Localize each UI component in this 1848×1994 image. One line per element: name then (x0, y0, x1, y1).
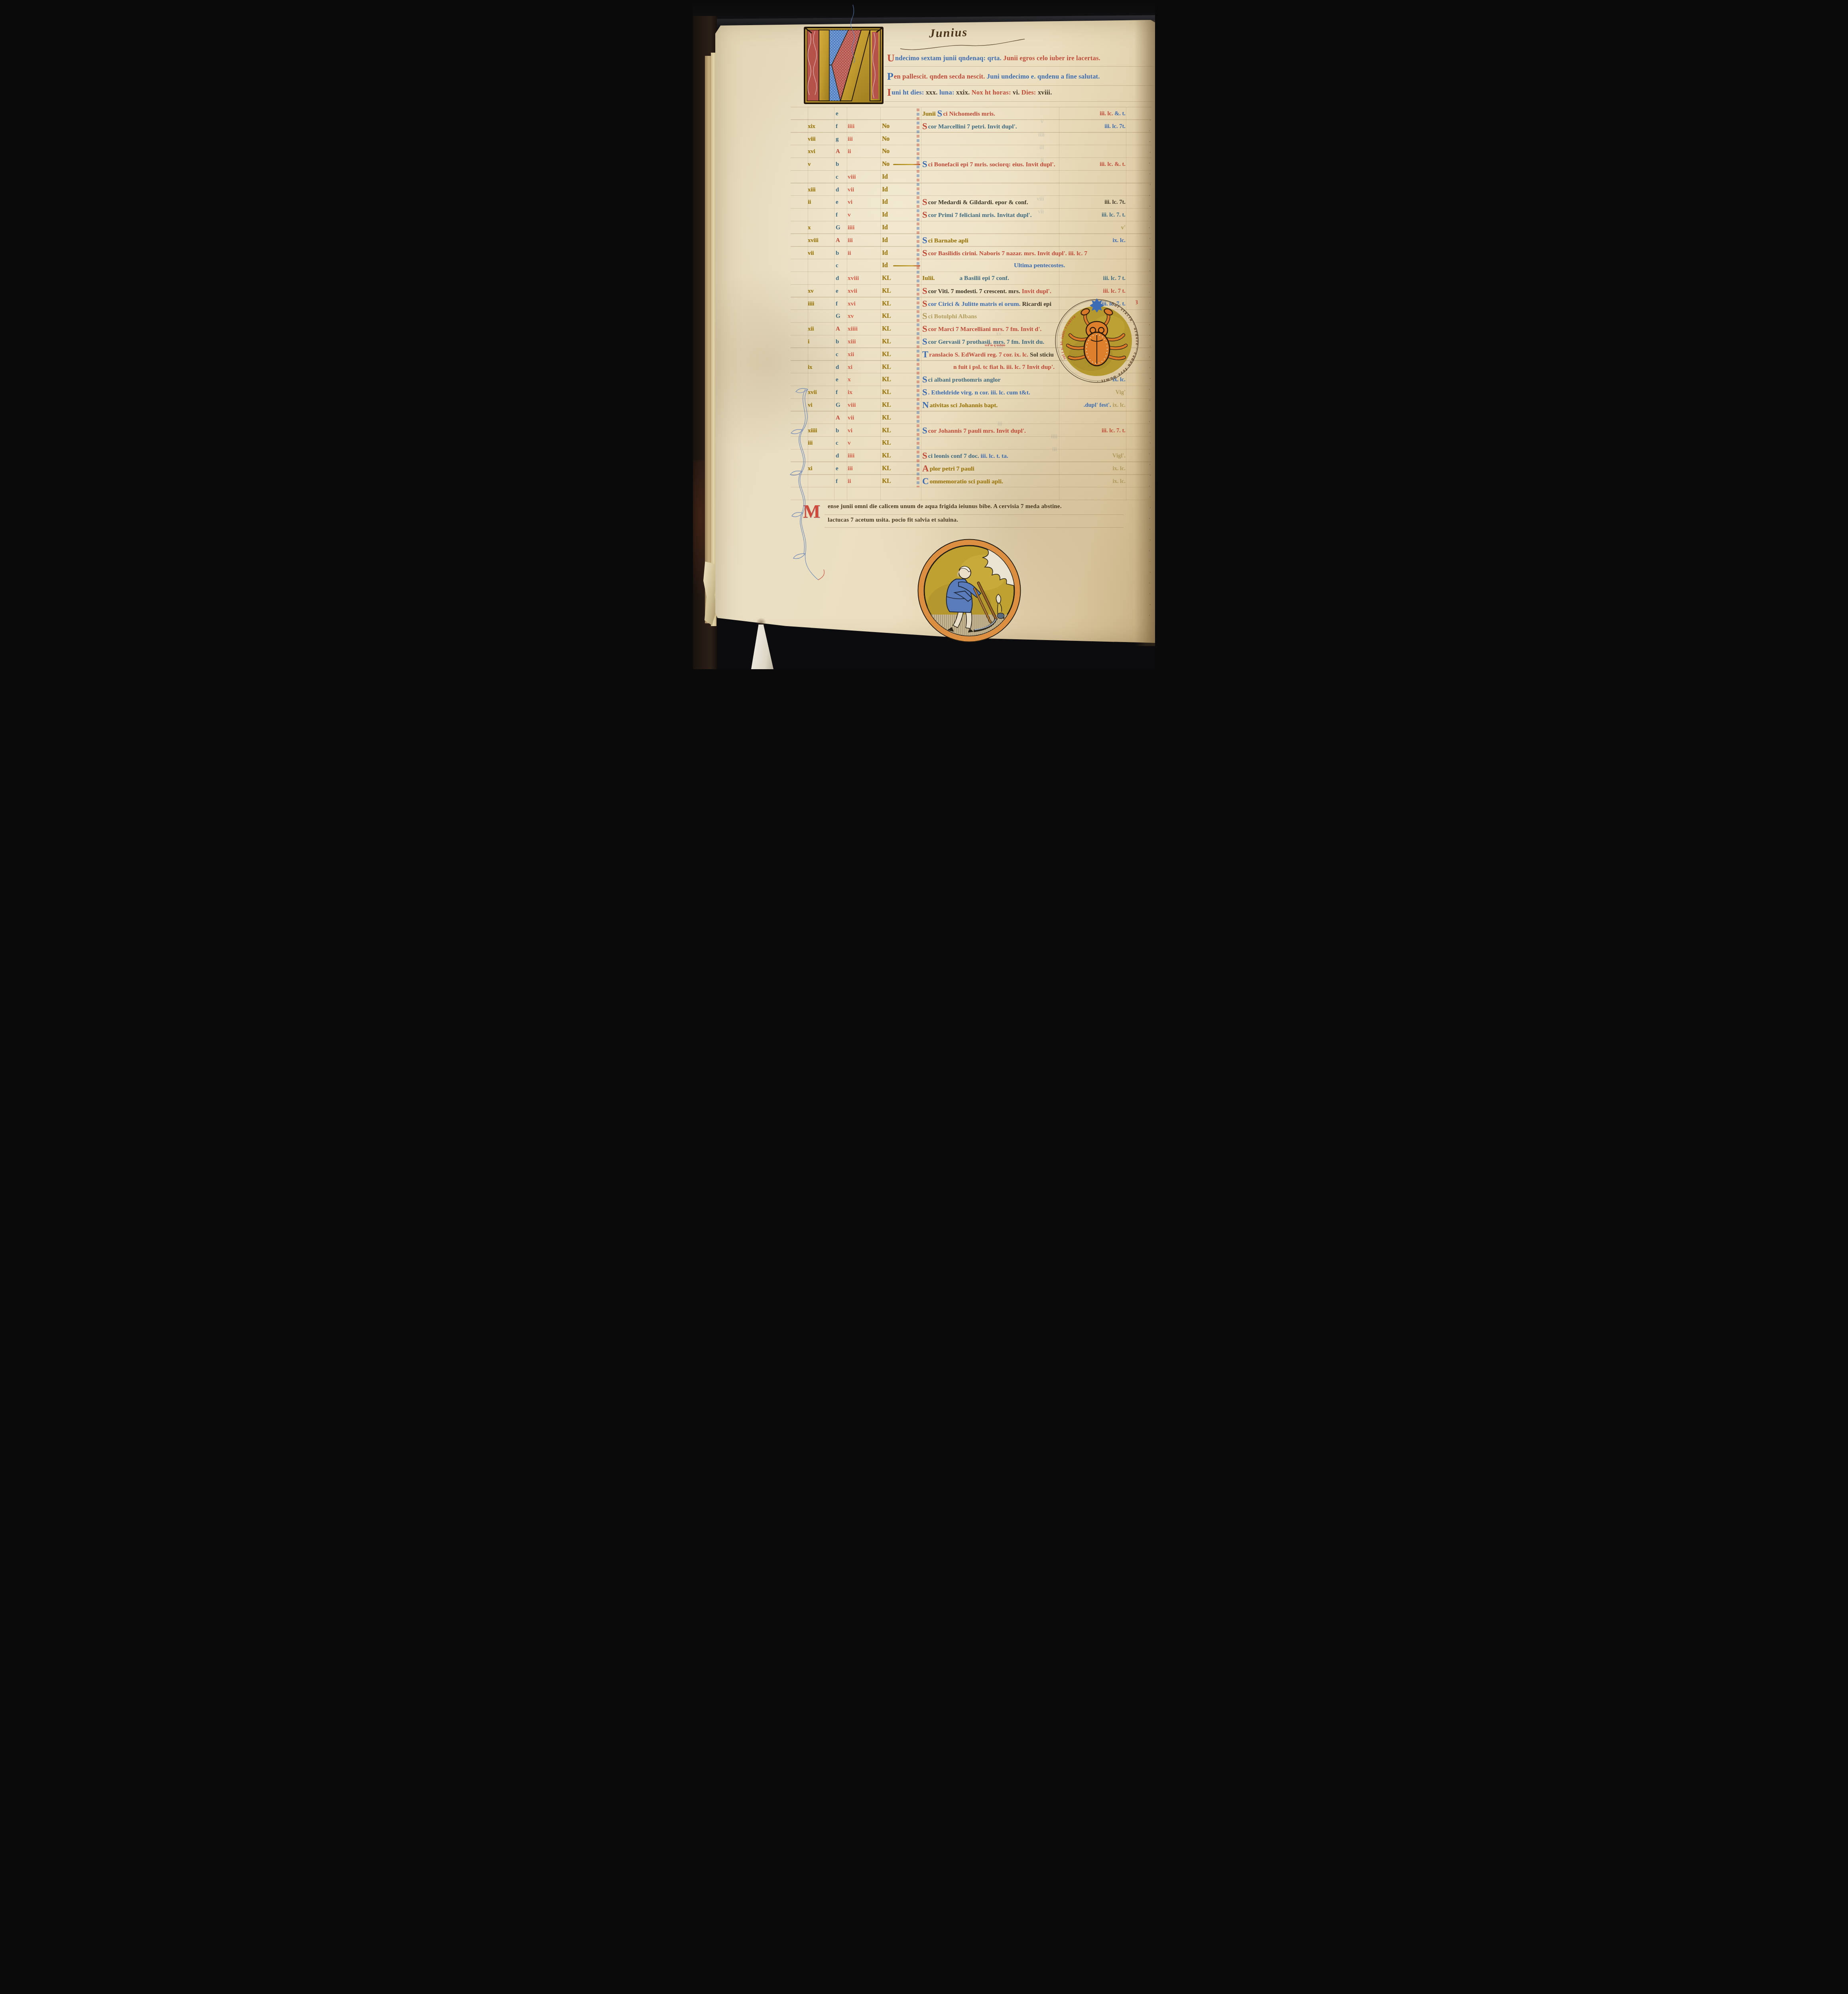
roman-day-number: iii (848, 462, 882, 475)
entry-initial: S (922, 311, 927, 321)
entry-initial: S (922, 248, 927, 258)
dietary-note-line-1: ense junii omni die calicem unum de aqua… (828, 503, 1062, 510)
roman-day-number: xvi (848, 298, 882, 310)
ferial-letter: A (836, 412, 840, 424)
show-through-numeral: iiii (997, 344, 1003, 350)
kalend-mark: KL (882, 348, 891, 361)
kalend-mark: No (882, 120, 890, 133)
golden-number: xvi (808, 145, 836, 158)
lesson-annotation-text: ix. lc. (1111, 402, 1126, 408)
roman-day-number: iiii (848, 221, 882, 234)
entry-initial: S (922, 159, 927, 169)
kalend-mark: KL (882, 412, 891, 424)
roman-day-number: iii (848, 133, 882, 146)
calendar-row-june-3: viiigiiiNo (789, 133, 1155, 146)
roman-day-number: xv (848, 310, 882, 323)
verse-segment: vi. (1013, 89, 1020, 96)
show-through-numeral: viii (1037, 196, 1044, 203)
roman-day-number: vi (848, 424, 882, 437)
roman-day-number: vii (848, 412, 882, 424)
entry-text: ommemoratio sci pauli apli. (930, 478, 1003, 485)
show-through-numeral: ii (1041, 158, 1044, 164)
calendar-row-june-23: xviifixKLS. Etheldride virg. n cor. iii.… (789, 386, 1155, 399)
ferial-letter: f (836, 386, 838, 399)
ferial-letter: A (836, 234, 840, 247)
lesson-annotation: ix. lc. (1112, 234, 1126, 247)
ferial-letter: A (836, 323, 840, 335)
entry-initial: S (937, 108, 943, 118)
kalend-mark: Id (882, 234, 888, 247)
ferial-letter: G (836, 399, 840, 412)
ferial-letter: g (836, 133, 839, 146)
show-through-numeral: iii (1039, 145, 1044, 151)
calendar-row-june-26: xiiiibviKLScor Johannis 7 pauli mrs. Inv… (789, 424, 1155, 437)
june-labor-roundel (911, 533, 1027, 648)
ruling-line (884, 85, 1154, 86)
calendar-row-june-25: AviiKL (789, 412, 1155, 424)
ferial-letter: G (836, 310, 840, 323)
ferial-letter: d (836, 272, 839, 285)
lesson-annotation-text: v' (1121, 225, 1126, 231)
calendar-row-june-24: viGviiiKLNativitas sci Johannis bapt..du… (789, 399, 1155, 412)
kalend-mark: Id (882, 196, 888, 209)
lesson-annotation-text: Vigl'. (1112, 453, 1126, 459)
lesson-annotation-text: iii. lc. &. t. (1100, 161, 1126, 167)
ferial-letter: e (836, 196, 838, 209)
lesson-annotation-text: iii. lc. 7 t. (1103, 288, 1126, 294)
kalend-mark: KL (882, 386, 891, 399)
entry-initial: T (922, 349, 928, 359)
kalend-mark: KL (882, 399, 891, 412)
lesson-annotation-text: iii. lc. 7 t. (1103, 275, 1126, 282)
golden-number: v (808, 158, 836, 171)
verse-segment: xxix. (956, 89, 970, 96)
calendar-row-june-11: xviiiAiiiIdSci Barnabe apliix. lc. (789, 234, 1155, 247)
kalend-mark: Id (882, 247, 888, 260)
entry-text: cor Primi 7 feliciani mris. Invitat dupl… (928, 212, 1032, 219)
ferial-letter: A (836, 145, 840, 158)
lesson-annotation: iii. lc. 7. t. (1102, 209, 1126, 221)
roman-day-number: xvii (848, 285, 882, 298)
verse-line-1: Undecimo sextam junii qndenaq: qrta. Jun… (887, 54, 1100, 62)
roman-day-number: iiii (848, 449, 882, 462)
golden-number: x (808, 221, 836, 234)
kalend-mark: No (882, 133, 890, 146)
golden-number: xii (808, 323, 836, 335)
golden-number: ix (808, 361, 836, 374)
ruling-line (825, 527, 1124, 528)
roman-day-number: ii (848, 247, 882, 260)
kalend-mark: KL (882, 335, 891, 348)
lesson-annotation: iii. lc. 7 t. (1103, 272, 1126, 285)
kalend-mark: KL (882, 285, 891, 298)
entry-text: plor petri 7 pauli (930, 465, 974, 472)
entry-text: cor Medardi & Gildardi. epor & conf. (928, 199, 1028, 206)
roman-day-number: v (848, 437, 882, 449)
lesson-annotation: iii. lc. &. t. (1100, 158, 1126, 171)
cross-icon (1090, 298, 1104, 313)
verse-segment: Nox ht horas: (970, 89, 1013, 96)
ferial-letter: c (836, 437, 838, 449)
calendar-row-june-1: eJuniiSci Nichomedis mris.iii. lc. &. t. (789, 107, 1155, 120)
kalend-mark-bar (893, 164, 920, 165)
entry-text: Sol sticiu (1030, 351, 1054, 358)
lesson-annotation-text: iii. lc. 7. t. (1102, 212, 1126, 218)
lesson-annotation: v' (1121, 221, 1126, 234)
golden-number: iiii (808, 298, 836, 310)
lesson-annotation: .dupl' fest'. ix. lc. (1084, 399, 1126, 412)
ferial-letter: e (836, 462, 838, 475)
kalend-mark: KL (882, 323, 891, 335)
entry-text: cor Marci 7 Marcelliani mrs. 7 fm. Invit… (928, 326, 1042, 333)
entry-text: ci leonis conf 7 doc. (928, 453, 981, 459)
kalend-mark: KL (882, 373, 891, 386)
calendar-row-june-30: fiiKLCommemoratio sci pauli apli.ix. lc. (789, 475, 1155, 488)
ferial-letter: f (836, 209, 838, 221)
verse-line-3: Iuni ht dies: xxx. luna: xxix. Nox ht ho… (887, 89, 1052, 97)
verse-segment: luna: (938, 89, 956, 96)
ferial-letter: f (836, 475, 838, 488)
verse-segment: Juni undecimo e. qndenu a fine salutat. (987, 73, 1100, 80)
cancer-zodiac-roundel: Sol staciu · ardore · canon fere numit ·… (1051, 295, 1143, 387)
kalend-mark-bar (893, 265, 920, 266)
calendar-row-june-28: diiiiKLSci leonis conf 7 doc. iii. lc. t… (789, 449, 1155, 462)
verse-segment: Junii egros celo iuber ire lacertas. (1003, 54, 1100, 62)
ruling-line (884, 66, 1154, 67)
entry-initial: S (922, 337, 927, 347)
roman-day-number: xviii (848, 272, 882, 285)
lesson-annotation-text: iii. lc. (1100, 110, 1114, 117)
roman-day-number: v (848, 209, 882, 221)
entry-initial: S (922, 235, 927, 245)
calendar-row-june-9: fvIdScor Primi 7 feliciani mris. Invitat… (789, 209, 1155, 221)
entry-text: ci albani prothomris anglor (928, 376, 1001, 383)
quire-mark: ȝ (1136, 298, 1138, 305)
manuscript-photo: Junius Undecimo sextam junii qndenaq: qr… (693, 0, 1155, 669)
verse-segment: uni ht dies: (892, 89, 926, 96)
roman-day-number: x (848, 373, 882, 386)
ferial-letter: d (836, 361, 839, 374)
kalend-mark: KL (882, 437, 891, 449)
entry-initial: A (922, 463, 929, 473)
kalend-mark: KL (882, 449, 891, 462)
ferial-letter: b (836, 158, 839, 171)
kalend-mark: KL (882, 424, 891, 437)
verse-segment: xxx. (926, 89, 938, 96)
golden-number: ii (808, 196, 836, 209)
verse-initial: I (887, 87, 891, 98)
verse-segment: ndecimo sextam junii qndenaq: qrta. (895, 54, 1003, 62)
roman-day-number: vii (848, 183, 882, 196)
calendar-row-june-29: xieiiiKLAplor petri 7 pauliix. lc. (789, 462, 1155, 475)
roman-day-number: xiii (848, 335, 882, 348)
show-through-numeral: iiii (1051, 434, 1057, 440)
lesson-annotation: iii. lc. &. t. (1100, 107, 1126, 120)
ferial-letter: f (836, 120, 838, 133)
lesson-annotation-text: iii. lc. 7t. (1104, 123, 1126, 130)
entry-text: Ricardi epi (1021, 301, 1052, 307)
lesson-annotation-text: .dupl' fest'. (1084, 402, 1111, 408)
calendar-row-june-4: xviAiiNo (789, 145, 1155, 158)
month-label: Iulii. (922, 275, 935, 282)
roman-day-number: xi (848, 361, 882, 374)
entry-text: ci Nichomedis mris. (943, 110, 995, 117)
kalend-mark: Id (882, 221, 888, 234)
verse-initial: P (887, 71, 893, 82)
entry-text: cor Viti. 7 modesti. 7 crescent. mrs. (928, 288, 1020, 295)
kl-monogram-initial (804, 26, 884, 105)
verse-segment: xviii. (1038, 89, 1052, 96)
roman-day-number: xii (848, 348, 882, 361)
roman-day-number: xiiii (848, 323, 882, 335)
show-through-numeral: xv (996, 331, 1002, 337)
golden-number: xviii (808, 234, 836, 247)
calendar-row-june-13: cIdUltima pentecostes. (789, 259, 1155, 272)
entry-text: a Basilii epi 7 conf. (959, 275, 1009, 282)
lesson-annotation-text: ix. lc. (1112, 237, 1126, 244)
lesson-annotation-text: &. t. (1114, 110, 1126, 117)
golden-number: xv (808, 285, 836, 298)
lesson-annotation: Vigl'. (1112, 449, 1126, 462)
entry-text: ranslacio S. EdWardi reg. 7 cor. ix. lc. (929, 351, 1030, 358)
ferial-letter: b (836, 335, 839, 348)
ferial-letter: c (836, 171, 838, 183)
entry-initial: S (922, 374, 927, 384)
entry-initial: S (922, 426, 927, 435)
ferial-letter: d (836, 449, 839, 462)
entry-initial: S (922, 210, 927, 220)
calendar-row-june-27: iiicvKL (789, 437, 1155, 449)
roman-day-number: ii (848, 475, 882, 488)
kalend-mark: Id (882, 259, 888, 272)
kalend-mark: KL (882, 475, 891, 488)
entry-text: ci Bonefacii epi 7 mris. sociorq: eius. … (928, 161, 1055, 168)
golden-number: i (808, 335, 836, 348)
calendar-row-june-2: xixfiiiiNoScor Marcellini 7 petri. Invit… (789, 120, 1155, 133)
roman-day-number: iiii (848, 120, 882, 133)
lesson-annotation: iii. lc. 7t. (1104, 120, 1126, 133)
entry-initial: S (922, 324, 927, 334)
ferial-letter: c (836, 348, 838, 361)
ferial-letter: e (836, 373, 838, 386)
calendar-row-june-5: vbNoSci Bonefacii epi 7 mris. sociorq: e… (789, 158, 1155, 171)
golden-number: vii (808, 247, 836, 260)
ferial-letter: e (836, 107, 838, 120)
ferial-letter: b (836, 424, 839, 437)
lesson-annotation-text: ix. lc. (1112, 478, 1126, 485)
ruling-line (884, 101, 1154, 102)
kalend-mark: KL (882, 361, 891, 374)
kalend-mark: Id (882, 209, 888, 221)
lesson-annotation-text: Vig' (1116, 389, 1126, 396)
entry-text: ci Botulphi Albans (928, 313, 977, 320)
dietary-note-line-2: lactucas 7 acetum usita. pocio fit salvi… (828, 517, 958, 524)
show-through-numeral: iii (998, 421, 1002, 428)
golden-number: viii (808, 133, 836, 146)
ferial-letter: c (836, 259, 838, 272)
kalend-mark: KL (882, 298, 891, 310)
lesson-annotation-text: iii. lc. 7. t. (1102, 428, 1126, 434)
roman-day-number: iii (848, 234, 882, 247)
ferial-letter: e (836, 285, 838, 298)
roman-day-number: ix (848, 386, 882, 399)
ferial-letter: d (836, 183, 839, 196)
kalend-mark: KL (882, 310, 891, 323)
margin-cascade-flourish (787, 386, 827, 585)
mid-annotation-text: Ultima pentecostes. (1014, 262, 1065, 269)
show-through-numeral: iiii (1038, 132, 1045, 138)
entry-initial: S (922, 387, 927, 397)
verse-initial: U (887, 52, 895, 64)
calendar-row-june-8: iieviIdScor Medardi & Gildardi. epor & c… (789, 196, 1155, 209)
golden-number: xiii (808, 183, 836, 196)
verse-segment: Dies: (1020, 89, 1038, 96)
kalend-mark: No (882, 145, 890, 158)
entry-text: cor Basilidis cirini. (928, 250, 979, 257)
golden-number: xix (808, 120, 836, 133)
calendar-row-june-6: cviiiId (789, 171, 1155, 183)
entry-initial: C (922, 476, 929, 486)
ferial-letter: f (836, 298, 838, 310)
bone-page-pointer (751, 625, 773, 669)
show-through-numeral: v (1041, 119, 1043, 125)
lesson-annotation: iii. lc. 7. t. (1102, 424, 1126, 437)
entry-text: iii. lc. t. ta. (981, 453, 1008, 459)
verse-line-2: Pen pallescit. qnden secda nescit. Juni … (887, 73, 1100, 81)
lesson-annotation: ix. lc. (1112, 475, 1126, 488)
kalend-mark: KL (882, 272, 891, 285)
entry-initial: S (922, 197, 927, 207)
roman-day-number: viii (848, 171, 882, 183)
show-through-numeral: iii (1052, 447, 1057, 453)
calendar-row-june-14: dxviiiKLIulii.a Basilii epi 7 conf.iii. … (789, 272, 1155, 285)
verse-segment: en pallescit. qnden secda nescit. (894, 73, 987, 80)
show-through-numeral: vii (1038, 209, 1044, 215)
entry-initial: S (922, 299, 927, 309)
mid-annotation: Ultima pentecostes. (1014, 259, 1065, 272)
ferial-letter: b (836, 247, 839, 260)
entry-initial: S (922, 121, 927, 131)
entry-text: Invit dupl'. (1020, 288, 1051, 295)
ruling-line (825, 514, 1124, 515)
lesson-annotation-text: ix. lc. (1112, 465, 1126, 472)
calendar-row-june-12: viibiiIdScor Basilidis cirini. Naboris 7… (789, 247, 1155, 260)
entry-text: ativitas sci Johannis bapt. (930, 402, 998, 409)
entry-text: Naboris 7 nazar. mrs. Invit dupl'. iii. … (979, 250, 1087, 257)
kalend-mark: No (882, 158, 890, 171)
entry-text: n fuit i psl. tc fiat h. iii. lc. 7 Invi… (953, 364, 1055, 370)
calendar-row-june-7: xiiidviiId (789, 183, 1155, 196)
entry-text: cor Johannis 7 pauli mrs. Invit dupl'. (928, 428, 1026, 434)
feast-entry: Scor Basilidis cirini. Naboris 7 nazar. … (922, 247, 1155, 260)
entry-text: cor Marcellini 7 petri. Invit dupl'. (928, 123, 1017, 130)
title-flourish-line (896, 37, 1028, 53)
ferial-letter: G (836, 221, 840, 234)
kalend-mark: Id (882, 171, 888, 183)
entry-text: . Etheldride virg. n cor. iii. lc. cum t… (928, 389, 1030, 396)
lesson-annotation: iii. lc. 7t. (1104, 196, 1126, 209)
month-label: Junii (922, 110, 936, 117)
marginal-pen-flourish (850, 4, 856, 64)
lesson-annotation: Vig' (1116, 386, 1126, 399)
entry-text: ci Barnabe apli (928, 237, 968, 244)
entry-initial: N (922, 400, 929, 410)
kalend-mark: Id (882, 183, 888, 196)
kalend-mark: KL (882, 462, 891, 475)
entry-initial: S (922, 451, 927, 461)
roman-day-number: ii (848, 145, 882, 158)
calendar-row-june-10: xGiiiiIdv' (789, 221, 1155, 234)
entry-initial: S (922, 286, 927, 296)
lesson-annotation: ix. lc. (1112, 462, 1126, 475)
entry-text: cor Cirici & Julitte matris ei orum. (928, 301, 1021, 307)
lesson-annotation-text: iii. lc. 7t. (1104, 199, 1126, 205)
roman-day-number: viii (848, 399, 882, 412)
roman-day-number: vi (848, 196, 882, 209)
